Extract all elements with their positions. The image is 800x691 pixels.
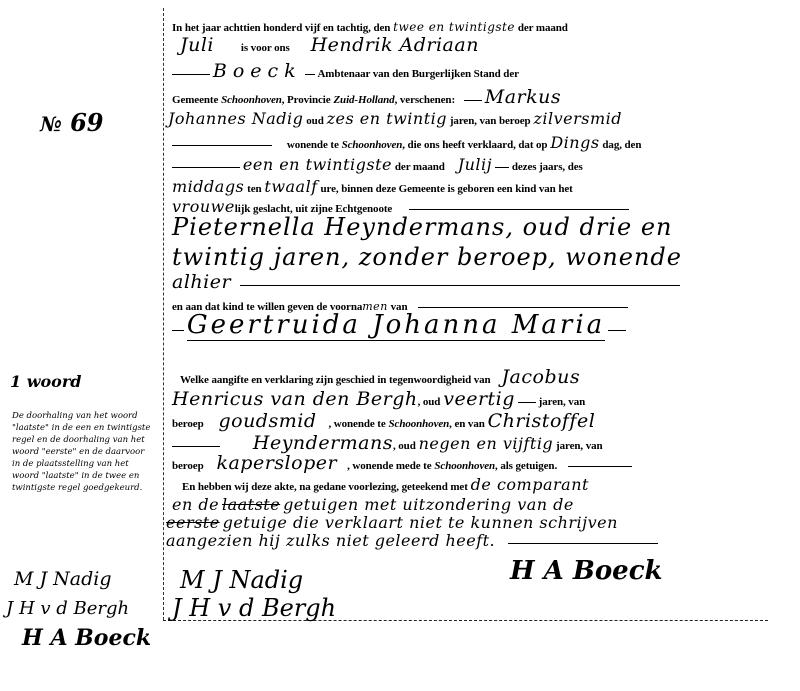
margin-note-title: 1 woord	[10, 372, 81, 391]
handwritten-text: getuigen met uitzondering van de	[283, 495, 574, 514]
printed-text: Gemeente	[172, 94, 218, 106]
child-given-names: Geertruida Johanna Maria	[187, 310, 605, 341]
birth-month: Julij	[458, 155, 492, 174]
printed-text: , oud	[393, 440, 416, 452]
printed-text: Ambtenaar van den Burgerlijken Stand der	[317, 68, 518, 80]
printed-text: , oud	[418, 396, 441, 408]
printed-text: beroep	[172, 460, 204, 472]
printed-text: der maand	[518, 22, 568, 34]
fill-dash	[518, 402, 536, 403]
fill-dash	[608, 330, 626, 331]
line-20: En hebben wij deze akte, na gedane voorl…	[182, 478, 589, 494]
struck-word: laatste	[222, 495, 280, 514]
fill-dash	[172, 446, 220, 447]
printed-text: oud	[306, 115, 323, 127]
official-first-names: Hendrik Adriaan	[311, 34, 479, 56]
witness1-first-name: Jacobus	[501, 366, 580, 388]
witness2-occupation: kapersloper	[216, 452, 337, 474]
birth-day: een en twintigste	[243, 155, 392, 174]
birth-hour: twaalf	[264, 177, 317, 196]
line-5: Johannes Nadig oud zes en twintig jaren,…	[168, 112, 622, 128]
number-sign: №	[40, 112, 62, 136]
printed-text: jaren, van beroep	[450, 115, 531, 127]
declarant-age: zes en twintig	[327, 109, 447, 128]
printed-text: is voor ons	[241, 42, 290, 54]
printed-text: In het jaar achttien honderd vijf en tac…	[172, 22, 390, 34]
printed-text: dezes jaars, des	[512, 161, 583, 173]
printed-text: ure, binnen deze Gemeente is geboren een…	[321, 183, 573, 195]
line-6: wonende te Schoonhoven, die ons heeft ve…	[172, 136, 641, 152]
margin-signature-official: H A Boeck	[22, 625, 151, 651]
handwritten-text: en de	[172, 495, 219, 514]
printed-text: ten	[247, 183, 261, 195]
printed-text: beroep	[172, 418, 204, 430]
line-8: middags ten twaalf ure, binnen deze Geme…	[172, 180, 573, 196]
fill-dash	[464, 100, 482, 101]
witness1-age: veertig	[443, 388, 515, 410]
printed-text: jaren, van	[556, 440, 602, 452]
printed-text: dag, den	[602, 139, 641, 151]
signature-witness: J H v d Bergh	[172, 594, 336, 622]
mother-details: twintig jaren, zonder beroep, wonende	[172, 243, 682, 271]
fill-dash	[568, 466, 632, 467]
declarant-names: Johannes Nadig	[168, 109, 303, 128]
declarant-occupation: zilversmid	[533, 109, 622, 128]
printed-text: der maand	[395, 161, 445, 173]
fill-dash	[240, 285, 680, 286]
witness1-names: Henricus van den Bergh	[172, 388, 418, 410]
line-18: Heyndermans, oud negen en vijftig jaren,…	[172, 436, 603, 453]
line-16: Henricus van den Bergh, oud veertig jare…	[172, 392, 585, 409]
witness2-age: negen en vijftig	[419, 434, 554, 453]
line-10: Pieternella Heyndermans, oud drie en	[172, 220, 672, 239]
province-name: Zuid-Holland	[333, 94, 394, 106]
line-1: In het jaar achttien honderd vijf en tac…	[172, 20, 568, 35]
witness2-first-name: Christoffel	[488, 410, 596, 432]
line-21: en de laatste getuigen met uitzondering …	[172, 498, 574, 514]
handwritten-text: aangezien hij zulks niet geleerd heeft.	[166, 531, 495, 550]
printed-text: , als getuigen.	[495, 460, 557, 472]
signing-party: de comparant	[471, 475, 589, 494]
act-number-value: 69	[70, 108, 103, 137]
margin-rule	[163, 8, 164, 620]
mother-name-age: Pieternella Heyndermans, oud drie en	[172, 213, 672, 241]
fill-dash	[305, 74, 315, 75]
line-19: beroep kapersloper, wonende mede te Scho…	[172, 456, 632, 473]
signature-declarant: M J Nadig	[180, 566, 303, 594]
official-surname: Boeck	[213, 60, 302, 82]
margin-note-text: De doorhaling van het woord "laatste" in…	[12, 410, 152, 494]
printed-text: jaren, van	[539, 396, 585, 408]
line-22: eerste getuige die verklaart niet te kun…	[166, 516, 618, 532]
printed-text: , verschenen:	[395, 94, 455, 106]
struck-word: eerste	[166, 513, 220, 532]
fill-dash	[172, 330, 184, 331]
act-number: № 69	[40, 108, 104, 137]
birth-record-page: № 69 In het jaar achttien honderd vijf e…	[0, 0, 800, 691]
line-4: Gemeente Schoonhoven, Provincie Zuid-Hol…	[172, 90, 561, 107]
line-17: beroep goudsmid, wonende te Schoonhoven,…	[172, 414, 595, 431]
fill-dash	[172, 145, 272, 146]
printed-text: wonende te	[287, 139, 339, 151]
printed-text: , en van	[449, 418, 485, 430]
line-7: een en twintigste der maand Julij dezes …	[172, 158, 583, 174]
line-11: twintig jaren, zonder beroep, wonende	[172, 250, 682, 269]
birth-weekday: Dings	[550, 133, 599, 152]
place-name: Schoonhoven	[434, 460, 495, 472]
witness2-surname: Heyndermans	[253, 432, 393, 454]
margin-signature-witness: J H v d Bergh	[6, 598, 129, 619]
printed-text: , die ons heeft verklaard, dat op	[402, 139, 547, 151]
place-name: Schoonhoven	[221, 94, 282, 106]
printed-text: En hebben wij deze akte, na gedane voorl…	[182, 481, 468, 493]
fill-dash	[172, 74, 210, 75]
month-handwritten: Juli	[180, 34, 214, 56]
fill-dash	[418, 307, 628, 308]
witness1-occupation: goudsmid	[218, 410, 316, 432]
margin-signature-declarant: M J Nadig	[14, 568, 112, 590]
handwritten-text: getuige die verklaart niet te kunnen sch…	[223, 513, 618, 532]
line-3: Boeck Ambtenaar van den Burgerlijken Sta…	[172, 64, 519, 81]
line-12: alhier	[172, 275, 680, 292]
birth-time-of-day: middags	[172, 177, 244, 196]
printed-text: Welke aangifte en verklaring zijn geschi…	[180, 374, 491, 386]
line-15: Welke aangifte en verklaring zijn geschi…	[180, 370, 580, 387]
signature-official: H A Boeck	[510, 556, 663, 586]
line-14: Geertruida Johanna Maria	[172, 318, 626, 337]
printed-text: , wonende mede te	[347, 460, 431, 472]
declarant-first-name: Markus	[485, 86, 561, 108]
printed-text: , wonende te	[328, 418, 385, 430]
printed-text: , Provincie	[282, 94, 331, 106]
place-name: Schoonhoven	[342, 139, 403, 151]
mother-residence: alhier	[172, 271, 231, 293]
fill-dash	[508, 543, 658, 544]
fill-dash	[409, 209, 629, 210]
line-2: Juli is voor ons Hendrik Adriaan	[180, 38, 479, 55]
fill-dash	[172, 167, 240, 168]
line-23: aangezien hij zulks niet geleerd heeft.	[166, 534, 658, 550]
place-name: Schoonhoven	[389, 418, 450, 430]
date-day-handwritten: twee en twintigste	[393, 20, 515, 34]
fill-dash	[495, 167, 509, 168]
